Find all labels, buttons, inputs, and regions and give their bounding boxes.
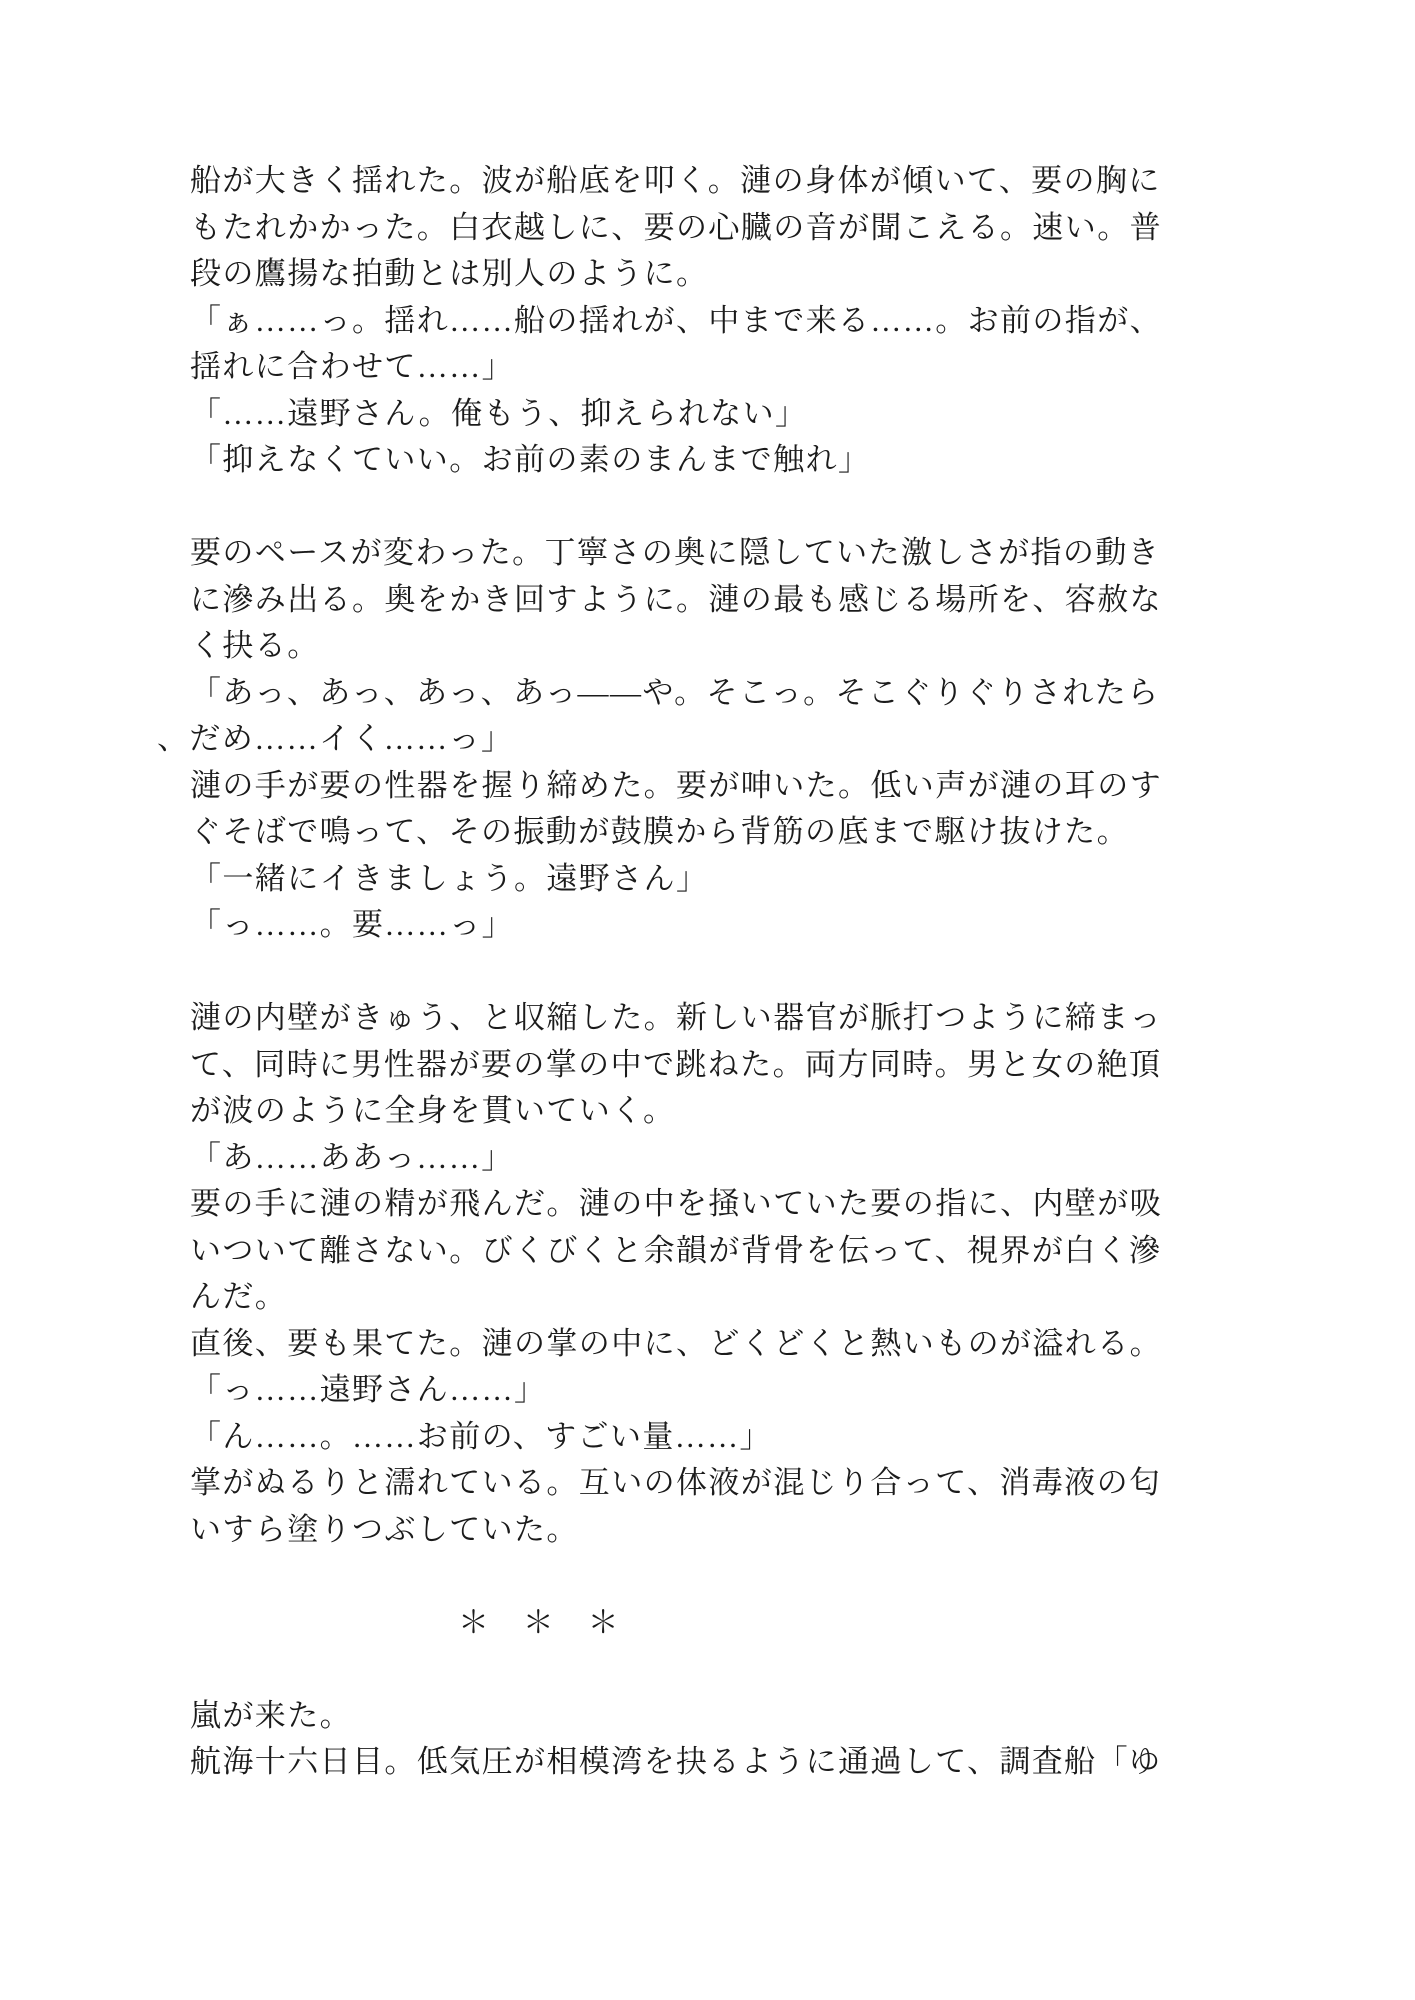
text-line: 直後、要も果てた。漣の掌の中に、どくどくと熱いものが溢れる。: [190, 1321, 1250, 1368]
paragraph: 漣の内壁がきゅう、と収縮した。新しい器官が脈打つように締まって、同時に男性器が要…: [190, 995, 1250, 1553]
text-line: んだ。: [190, 1274, 1250, 1321]
text-line: く抉る。: [190, 623, 1250, 670]
text-line: もたれかかった。白衣越しに、要の心臓の音が聞こえる。速い。普: [190, 205, 1250, 252]
paragraph: 嵐が来た。航海十六日目。低気圧が相模湾を抉るように通過して、調査船「ゆ: [190, 1693, 1250, 1786]
text-line: 揺れに合わせて……」: [190, 344, 1250, 391]
separator-line: ＊ ＊ ＊: [190, 1600, 1250, 1647]
text-line: が波のように全身を貫いていく。: [190, 1088, 1250, 1135]
text-line: いすら塗りつぶしていた。: [190, 1507, 1250, 1554]
page: 船が大きく揺れた。波が船底を叩く。漣の身体が傾いて、要の胸にもたれかかった。白衣…: [0, 0, 1415, 2000]
text-line: 要のペースが変わった。丁寧さの奥に隠していた激しさが指の動き: [190, 530, 1250, 577]
text-line: 掌がぬるりと濡れている。互いの体液が混じり合って、消毒液の匂: [190, 1460, 1250, 1507]
paragraph: 要のペースが変わった。丁寧さの奥に隠していた激しさが指の動きに滲み出る。奥をかき…: [190, 530, 1250, 949]
text-line: 漣の内壁がきゅう、と収縮した。新しい器官が脈打つように締まっ: [190, 995, 1250, 1042]
text-line: 航海十六日目。低気圧が相模湾を抉るように通過して、調査船「ゆ: [190, 1739, 1250, 1786]
text-line: 「ぁ……っ。揺れ……船の揺れが、中まで来る……。お前の指が、: [190, 298, 1250, 345]
text-line: 船が大きく揺れた。波が船底を叩く。漣の身体が傾いて、要の胸に: [190, 158, 1250, 205]
text-line: 「ん……。……お前の、すごい量……」: [190, 1414, 1250, 1461]
text-line: 「あっ、あっ、あっ、あっ――や。そこっ。そこぐりぐりされたら: [190, 670, 1250, 717]
paragraph: 船が大きく揺れた。波が船底を叩く。漣の身体が傾いて、要の胸にもたれかかった。白衣…: [190, 158, 1250, 484]
text-line: 、だめ……イく……っ」: [157, 716, 1250, 763]
text-line: 「っ……遠野さん……」: [190, 1367, 1250, 1414]
text-line: に滲み出る。奥をかき回すように。漣の最も感じる場所を、容赦な: [190, 577, 1250, 624]
section-separator: ＊ ＊ ＊: [190, 1600, 1250, 1647]
text-line: 「あ……ああっ……」: [190, 1135, 1250, 1182]
text-line: 「抑えなくていい。お前の素のまんまで触れ」: [190, 437, 1250, 484]
text-line: 「一緒にイきましょう。遠野さん」: [190, 856, 1250, 903]
text-line: 嵐が来た。: [190, 1693, 1250, 1740]
text-line: 要の手に漣の精が飛んだ。漣の中を掻いていた要の指に、内壁が吸: [190, 1181, 1250, 1228]
text-line: ぐそばで鳴って、その振動が鼓膜から背筋の底まで駆け抜けた。: [190, 809, 1250, 856]
text-line: いついて離さない。びくびくと余韻が背骨を伝って、視界が白く滲: [190, 1228, 1250, 1275]
text-line: 段の鷹揚な拍動とは別人のように。: [190, 251, 1250, 298]
text-line: 「……遠野さん。俺もう、抑えられない」: [190, 391, 1250, 438]
text-column: 船が大きく揺れた。波が船底を叩く。漣の身体が傾いて、要の胸にもたれかかった。白衣…: [190, 158, 1250, 1786]
text-line: 漣の手が要の性器を握り締めた。要が呻いた。低い声が漣の耳のす: [190, 763, 1250, 810]
text-line: 「っ……。要……っ」: [190, 902, 1250, 949]
text-line: て、同時に男性器が要の掌の中で跳ねた。両方同時。男と女の絶頂: [190, 1042, 1250, 1089]
